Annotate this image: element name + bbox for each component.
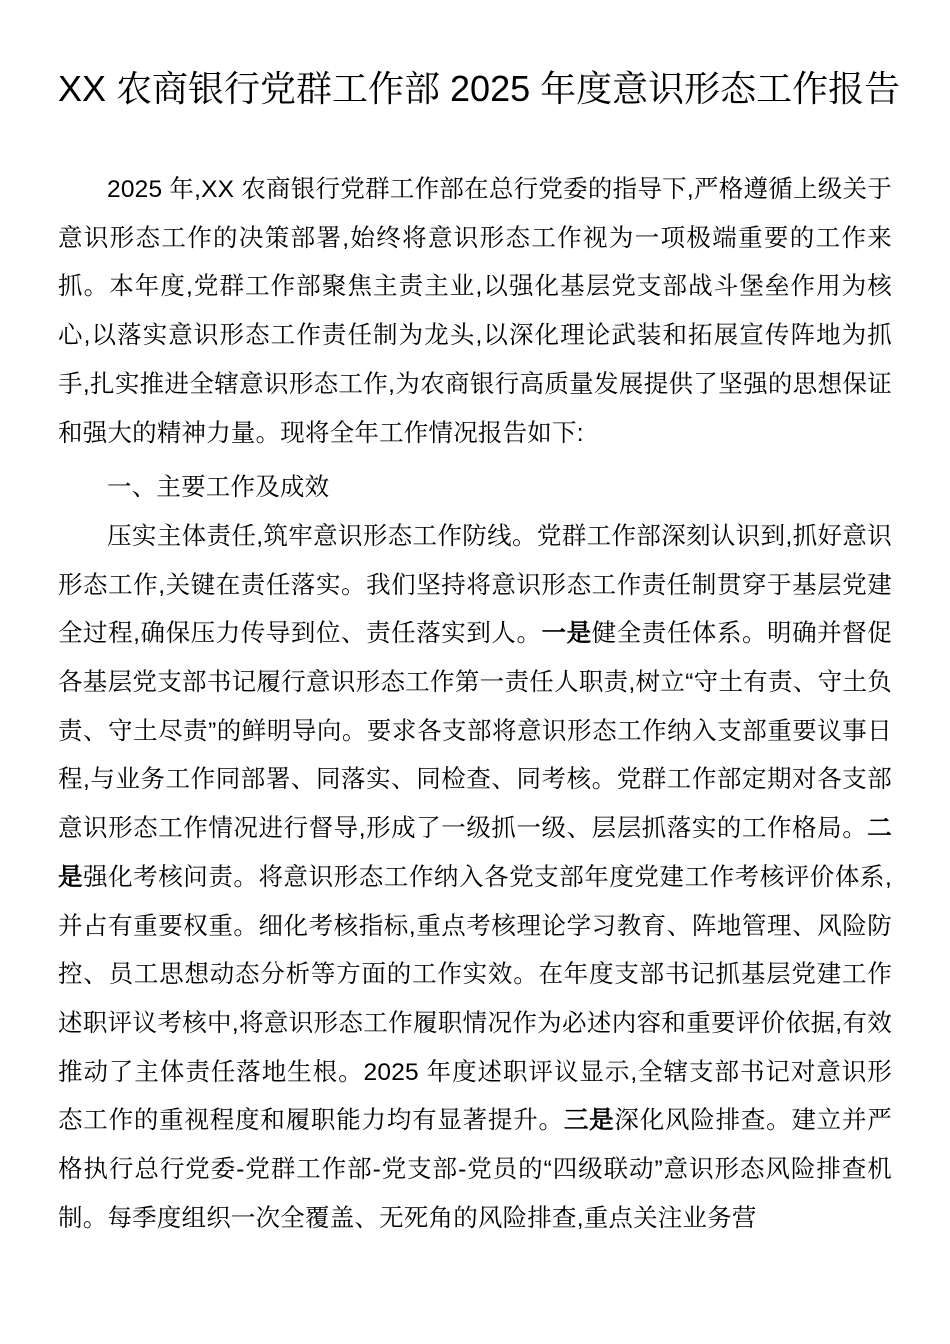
text-run: 强化考核问责。将意识形态工作纳入各党支部年度党建工作考核评价体系,并占有重要权重… (58, 864, 892, 1135)
document-body: 2025 年,XX 农商银行党群工作部在总行党委的指导下,严格遵循上级关于意识形… (58, 166, 892, 1243)
bold-text-run: 三是 (564, 1107, 615, 1134)
paragraph: 压实主体责任,筑牢意识形态工作防线。党群工作部深刻认识到,抓好意识形态工作,关键… (58, 513, 892, 1244)
text-run: 健全责任体系。明确并督促各基层党支部书记履行意识形态工作第一责任人职责,树立“守… (58, 620, 892, 842)
document-page: XX 农商银行党群工作部 2025 年度意识形态工作报告 2025 年,XX 农… (0, 0, 950, 1344)
paragraph: 2025 年,XX 农商银行党群工作部在总行党委的指导下,严格遵循上级关于意识形… (58, 166, 892, 458)
text-run: 2025 年,XX 农商银行党群工作部在总行党委的指导下,严格遵循上级关于意识形… (58, 176, 892, 447)
section-heading: 一、主要工作及成效 (58, 464, 892, 513)
document-title: XX 农商银行党群工作部 2025 年度意识形态工作报告 (58, 0, 892, 112)
bold-text-run: 一是 (542, 620, 592, 647)
text-run: 一、主要工作及成效 (107, 474, 329, 501)
